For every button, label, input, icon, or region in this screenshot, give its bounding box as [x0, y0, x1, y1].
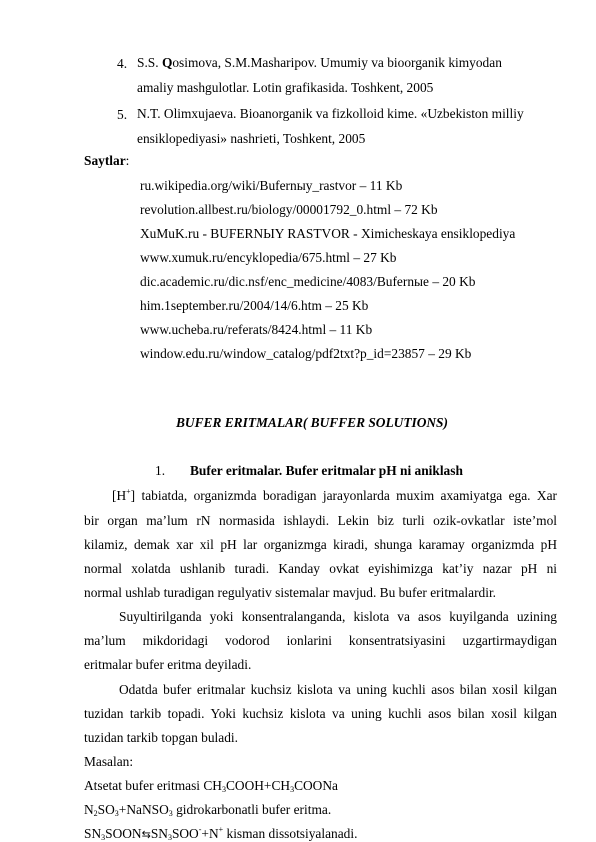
line-text: ] tabiatda, organizmda boradigan jarayon…: [131, 489, 557, 502]
formula: SN: [84, 826, 101, 841]
reference-number: 4.: [117, 56, 127, 72]
reference-item: S.S. Qosimova, S.M.Masharipov. Umumiy va…: [137, 56, 502, 69]
examples-label: Masalan:: [84, 755, 133, 768]
paragraph-line: bir organ ma’lum rN normasida ishlaydi. …: [84, 514, 557, 527]
bicarbonate-buffer-line: N2SO3+NaNSO3 gidrokarbonatli bufer eritm…: [84, 803, 331, 816]
site-link[interactable]: www.xumuk.ru/encyklopedia/675.html – 27 …: [140, 251, 397, 264]
formula: COOH+CH: [226, 778, 290, 793]
text: gidrokarbonatli bufer eritma.: [173, 802, 331, 817]
formula: +N: [201, 826, 218, 841]
equilibrium-arrow-icon: ⇆: [142, 828, 151, 841]
site-link[interactable]: revolution.allbest.ru/biology/00001792_0…: [140, 203, 438, 216]
formula: +NaNSO: [119, 802, 169, 817]
formula: SOO: [172, 826, 199, 841]
site-link[interactable]: dic.academic.ru/dic.nsf/enc_medicine/408…: [140, 275, 475, 288]
paragraph-line: normal ushlab turadigan regulyativ siste…: [84, 586, 496, 599]
reference-text: osimova, S.M.Masharipov. Umumiy va bioor…: [172, 55, 502, 70]
formula: SN: [151, 826, 168, 841]
paragraph-line: [H+] tabiatda, organizmda boradigan jara…: [84, 489, 557, 502]
acetate-buffer-line: Atsetat bufer eritmasi CH3COOH+CH3COONa: [84, 779, 338, 792]
site-link[interactable]: him.1september.ru/2004/14/6.htm – 25 Kb: [140, 299, 368, 312]
paragraph-line: Odatda bufer eritmalar kuchsiz kislota v…: [119, 683, 557, 696]
reference-text-continued: ensiklopediyasi» nashrieti, Toshkent, 20…: [137, 132, 365, 145]
paragraph-line: Suyultirilganda yoki konsentralanganda, …: [119, 610, 557, 623]
reference-text-continued: amaliy mashgulotlar. Lotin grafikasida. …: [137, 81, 433, 94]
paragraph-line: ma’lum mikdoridagi vodorod ionlarini kon…: [84, 634, 557, 647]
section-title: Bufer eritmalar. Bufer eritmalar pH ni a…: [190, 464, 463, 477]
reference-item: N.T. Olimxujaeva. Bioanorganik va fizkol…: [137, 107, 524, 120]
reference-number: 5.: [117, 107, 127, 123]
section-number: 1.: [155, 464, 165, 477]
site-link[interactable]: XuMuK.ru - BUFERNЫY RASTVOR - Ximicheska…: [140, 227, 515, 240]
formula: SO: [98, 802, 115, 817]
formula: COONa: [294, 778, 338, 793]
sites-label: Saytlar: [84, 153, 126, 168]
reference-text: S.S.: [137, 55, 162, 70]
paragraph-line: normal xolatda ushlanib turadi. Kanday o…: [84, 562, 557, 575]
formula: SOON: [105, 826, 141, 841]
sites-colon: :: [126, 153, 130, 168]
site-link[interactable]: www.ucheba.ru/referats/8424.html – 11 Kb: [140, 323, 372, 336]
hydrogen-ion: [H+: [112, 489, 131, 502]
bracket-h: [H: [112, 488, 126, 503]
chapter-title: BUFER ERITMALAR( BUFFER SOLUTIONS): [176, 416, 448, 429]
site-link[interactable]: ru.wikipedia.org/wiki/Bufernыy_rastvor –…: [140, 179, 402, 192]
sites-heading: Saytlar:: [84, 154, 129, 167]
formula: N: [84, 802, 94, 817]
site-link[interactable]: window.edu.ru/window_catalog/pdf2txt?p_i…: [140, 347, 471, 360]
formula: CH: [203, 778, 222, 793]
paragraph-line: tuzidan tarkib topadi. Yoki kuchsiz kisl…: [84, 707, 557, 720]
text: kisman dissotsiyalanadi.: [223, 826, 357, 841]
text: Atsetat bufer eritmasi: [84, 778, 203, 793]
reference-bold-letter: Q: [162, 55, 172, 70]
paragraph-line: kilamiz, demak xar xil pH lar organizmga…: [84, 538, 557, 551]
paragraph-line: eritmalar bufer eritma deyiladi.: [84, 658, 251, 671]
paragraph-line: tuzidan tarkib topgan buladi.: [84, 731, 238, 744]
dissociation-line: SN3SOON⇆SN3SOO-+N+ kisman dissotsiyalana…: [84, 827, 357, 840]
